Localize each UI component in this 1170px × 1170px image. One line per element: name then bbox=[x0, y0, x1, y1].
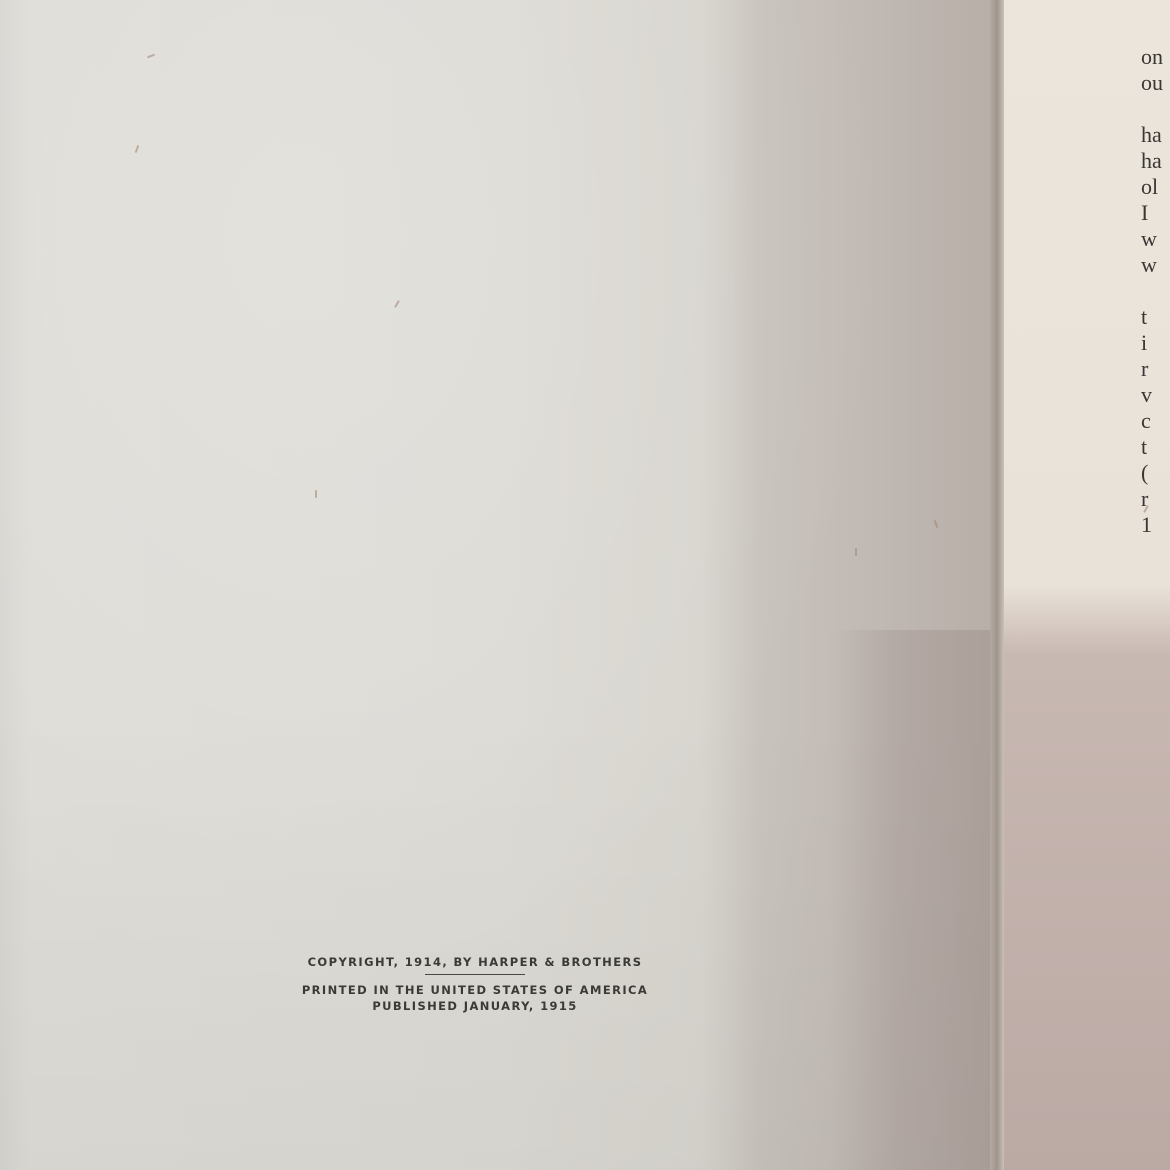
copyright-notice: COPYRIGHT, 1914, BY HARPER & BROTHERS PR… bbox=[240, 955, 710, 1014]
paper-fleck bbox=[855, 548, 857, 556]
book-gutter bbox=[990, 0, 1004, 1170]
divider-rule bbox=[425, 974, 525, 975]
shadow bbox=[830, 630, 1000, 1170]
copyright-line: COPYRIGHT, 1914, BY HARPER & BROTHERS bbox=[240, 955, 710, 969]
published-line: PUBLISHED JANUARY, 1915 bbox=[240, 998, 710, 1014]
facing-page-text: on ou ha ha ol I w w t i r v c t ( r 1 bbox=[1141, 44, 1170, 538]
printed-line: PRINTED IN THE UNITED STATES OF AMERICA bbox=[240, 982, 710, 998]
paper-fleck bbox=[315, 490, 317, 498]
